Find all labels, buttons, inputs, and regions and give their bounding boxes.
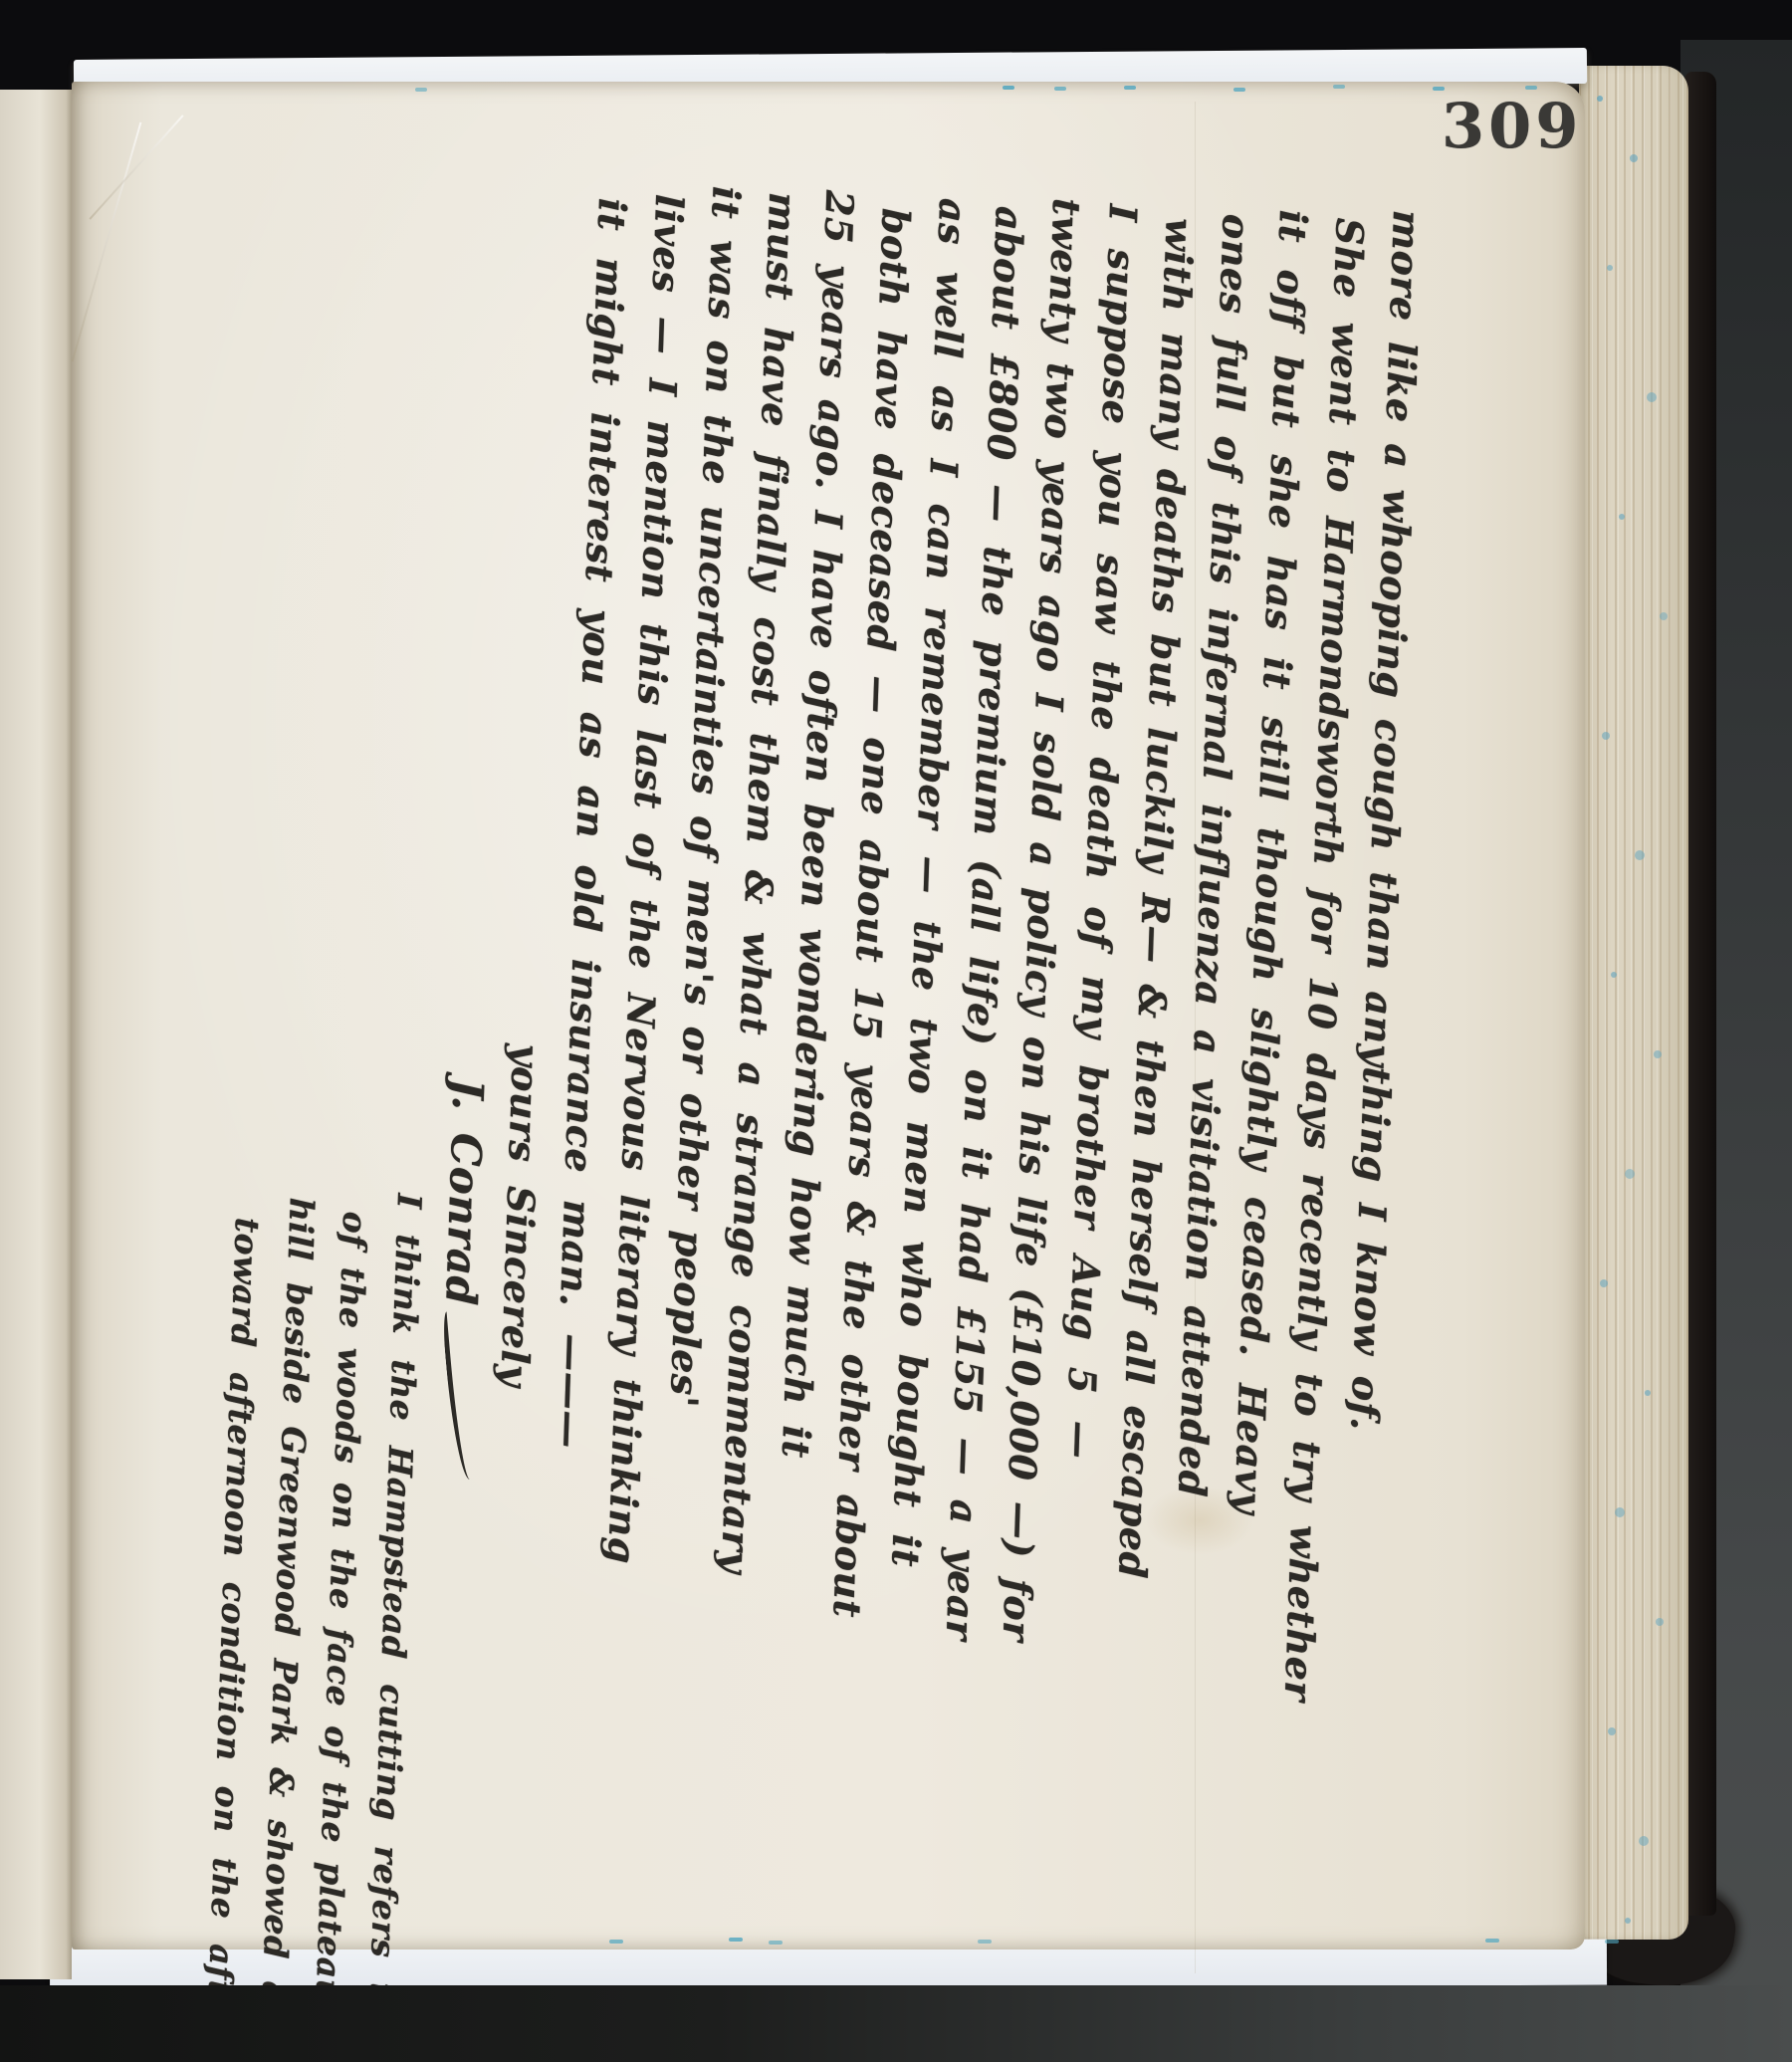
book-cover-board-edge <box>1684 72 1716 1916</box>
paper-crease <box>72 122 142 362</box>
page-number: 309 <box>1442 96 1582 157</box>
handwritten-letter-text: more like a whooping cough than anything… <box>178 169 1436 1733</box>
page-stack-fore-edge <box>1579 66 1688 1940</box>
handwriting-block-rotated: more like a whooping cough than anything… <box>229 211 1434 1744</box>
blue-edge-specks <box>729 1938 743 1942</box>
photo-backdrop-bottom <box>0 1985 1792 2062</box>
facing-page-sliver <box>0 90 72 1979</box>
blue-edge-specks <box>1003 86 1014 90</box>
archival-photo-of-bound-letter: 309 more like a whooping cough than anyt… <box>0 0 1792 2062</box>
